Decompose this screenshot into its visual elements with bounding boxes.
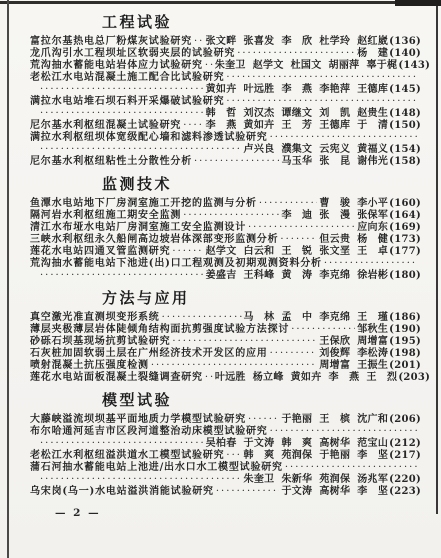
entry-authors: 曹 骏李小平(160) [319, 198, 421, 210]
scanned-toc-page: 工程试验富拉尔基热电总厂粉煤灰试验研究张文畔张喜发李 欣杜学玲赵红崴(136)龙… [0, 0, 441, 558]
author-name: 赵红崴 [357, 36, 388, 47]
dot-leader [280, 234, 317, 246]
dot-leader [40, 438, 204, 450]
entry-page-number: (145) [389, 84, 421, 95]
author-name: 赵学文 [253, 60, 284, 71]
page-footer: — 2 — [55, 507, 421, 519]
entry-page-number: (164) [389, 210, 421, 221]
dot-leader [40, 108, 204, 120]
toc-entry-line: 龙爪沟引水工程坝址区软弱夹层的试验研究杨 建(140) [30, 48, 421, 60]
author-name: 杨 建 [357, 48, 388, 59]
entry-title: 鱼潭水电站地下厂房洞室施工开挖的监测与分析 [30, 198, 257, 210]
entry-authors: 于艳丽王 槟沈广和(206) [281, 414, 421, 426]
entry-title: 喷射混凝土抗压强度检测 [30, 360, 149, 372]
dot-leader [40, 144, 242, 156]
entry-title: 大藤峡溢流坝坝基平面地质力学模型试验研究 [30, 414, 246, 426]
author-name: 李 坚 [357, 450, 388, 461]
entry-page-number: (173) [389, 234, 421, 245]
toc-entry-line: 三峡水利枢纽永久船闸高边坡岩体深部变形监测分析但云贵杨 健(173) [30, 234, 421, 246]
dot-leader [226, 96, 418, 108]
toc-entry-line: 朱奎卫朱新华苑润保汤兆军(220) [30, 474, 421, 486]
entry-authors: 杨 建(140) [357, 48, 421, 60]
entry-authors: 朱奎卫赵学文杜国文胡丽萍辜于梶(143) [215, 60, 430, 72]
toc-entry-line: 莲花水电站面板混凝土裂缝调查研究叶远胜杨立峰黄如卉李 燕王 烈(203) [30, 372, 421, 384]
entry-authors: 王保欣周增富(195) [319, 336, 421, 348]
author-name: 于文涛 [281, 486, 312, 497]
author-name: 杜学玲 [319, 36, 350, 47]
dot-leader [205, 372, 213, 384]
toc-entry-line: 乌宋岗(乌一)水电站溢洪消能试验研究于文涛高树华李 坚(223) [30, 486, 421, 498]
author-name: 王 槟 [319, 414, 350, 425]
author-name: 张保军 [357, 210, 388, 221]
author-name: 黄如卉 [206, 84, 237, 95]
entry-title: 尼尔基水利枢纽混凝土试验研究 [30, 120, 181, 132]
toc-entry-line: 莲花水电站四通叉管监测研究赵学文白云和王 锐张文垩王 卓(177) [30, 246, 421, 258]
author-name: 范宝山 [357, 438, 388, 449]
author-name: 于艳丽 [319, 450, 350, 461]
toc-entry-line: 老松江水利枢纽溢洪道水工模型试验研究韩 爽苑润保于艳丽李 坚(217) [30, 450, 421, 462]
toc-entry-line: 喷射混凝土抗压强度检测周增富王振生(201) [30, 360, 421, 372]
dot-leader [194, 36, 204, 48]
entry-authors: 于文涛高树华李 坚(223) [281, 486, 421, 498]
dot-leader [226, 72, 418, 84]
dot-leader [162, 312, 242, 324]
entry-title: 三峡水利枢纽永久船闸高边坡岩体深部变形监测分析 [30, 234, 278, 246]
right-border-rule [436, 0, 438, 514]
entry-authors [420, 258, 421, 270]
toc-entry-line: 韩 哲刘汉杰谭继文刘 凯赵贵生(148) [30, 108, 421, 120]
dot-leader [183, 120, 203, 132]
entry-title: 富拉尔基热电总厂粉煤灰试验研究 [30, 36, 192, 48]
entry-title: 真空激光准直测坝变形系统 [30, 312, 160, 324]
entry-title: 薄层夹极薄层岩体陡倾角结构面抗剪强度试验方法探讨 [30, 324, 289, 336]
entry-title: 蒲石河抽水蓄能电站上池进/出水口水工模型试验研究 [30, 462, 283, 474]
author-name: 李 欣 [281, 36, 312, 47]
entry-authors: 刘俊辉李松涛(198) [319, 348, 421, 360]
author-name: 王保欣 [319, 336, 350, 347]
entry-page-number: (186) [389, 312, 421, 323]
entry-authors: 周增富王振生(201) [319, 360, 421, 372]
toc-entry-line: 吴柏春于文涛韩 爽高树华范宝山(212) [30, 438, 421, 450]
section-heading: 方法与应用 [102, 290, 421, 307]
author-name: 王振生 [357, 360, 388, 371]
author-name: 王德库 [319, 120, 350, 131]
entry-authors: 张文畔张喜发李 欣杜学玲赵红崴(136) [206, 36, 421, 48]
author-name: 于文涛 [244, 438, 275, 449]
author-name: 周增富 [357, 336, 388, 347]
entry-title: 尼尔基水利枢纽粘性土分散性分析 [30, 156, 192, 168]
toc-entry-line: 尼尔基水利枢纽粘性土分散性分析马玉华张 昆谢伟光(158) [30, 156, 421, 168]
entry-authors: 叶远胜杨立峰黄如卉李 燕王 烈(203) [215, 372, 430, 384]
author-name: 姜盛吉 [206, 270, 237, 281]
author-name: 汤兆军 [357, 474, 388, 485]
author-name: 沈广和 [357, 414, 388, 425]
dot-leader [151, 360, 318, 372]
author-name: 李松涛 [357, 348, 388, 359]
dot-leader [183, 210, 279, 222]
toc-entry-line: 富拉尔基热电总厂粉煤灰试验研究张文畔张喜发李 欣杜学玲赵红崴(136) [30, 36, 421, 48]
entry-authors: 李 迪张 漫张保军(164) [281, 210, 421, 222]
dot-leader [40, 84, 204, 96]
entry-title: 老松江水利枢纽溢洪道水工模型试验研究 [30, 450, 224, 462]
toc-entry-line: 薄层夹极薄层岩体陡倾角结构面抗剪强度试验方法探讨邹秋生(190) [30, 324, 421, 336]
author-name: 辜于梶 [366, 60, 397, 71]
author-name: 应向东 [357, 222, 388, 233]
author-name: 马玉华 [281, 156, 312, 167]
entry-authors: 朱奎卫朱新华苑润保汤兆军(220) [244, 474, 421, 486]
dot-leader [291, 324, 355, 336]
author-name: 于 清 [357, 120, 388, 131]
author-name: 白云和 [244, 246, 275, 257]
entry-page-number: (217) [389, 450, 421, 461]
dot-leader [324, 258, 418, 270]
toc-entry-line: 荒沟抽水蓄能电站岩体应力试验研究朱奎卫赵学文杜国文胡丽萍辜于梶(143) [30, 60, 421, 72]
dot-leader [259, 198, 318, 210]
author-name: 黄福义 [357, 144, 388, 155]
entry-page-number: (160) [389, 198, 421, 209]
author-name: 张文畔 [206, 36, 237, 47]
author-name: 刘 凯 [319, 108, 350, 119]
dot-leader [237, 48, 355, 60]
entry-authors: 李 燕黄如卉王 芳王德库于 清(150) [206, 120, 421, 132]
entry-page-number: (195) [389, 336, 421, 347]
author-name: 张 漫 [319, 210, 350, 221]
dot-leader [172, 246, 203, 258]
entry-authors: 姜盛吉王科峰黄 涛李克绵徐岩彬(180) [206, 270, 421, 282]
toc-entry-line: 姜盛吉王科峰黄 涛李克绵徐岩彬(180) [30, 270, 421, 282]
author-name: 李 燕 [281, 84, 312, 95]
author-name: 黄如卉 [244, 120, 275, 131]
author-name: 赵学文 [206, 246, 237, 257]
toc-entry-line: 卢兴良濮集文云宪义黄福义(154) [30, 144, 421, 156]
entry-authors: 吴柏春于文涛韩 爽高树华范宝山(212) [206, 438, 421, 450]
author-name: 王 烈 [366, 372, 397, 383]
author-name: 韩 爽 [244, 450, 275, 461]
dot-leader [216, 486, 280, 498]
entry-authors: 马 林孟 中李克绵王 瑾(186) [244, 312, 421, 324]
author-name: 刘俊辉 [319, 348, 350, 359]
toc-entry-line: 布尔哈通河延吉市区段河道整治动床模型试验研究 [30, 426, 421, 438]
author-name: 李 迪 [281, 210, 312, 221]
author-name: 张 昆 [319, 156, 350, 167]
author-name: 李 燕 [206, 120, 237, 131]
author-name: 叶远胜 [215, 372, 246, 383]
entry-page-number: (136) [389, 36, 421, 47]
author-name: 王 芳 [281, 120, 312, 131]
section-heading: 工程试验 [102, 14, 421, 31]
author-name: 朱新华 [281, 474, 312, 485]
toc-entry-line: 清江水布垭水电站厂房洞室施工安全监测设计应向东(169) [30, 222, 421, 234]
toc-entry-line: 砂砾石坝基现场抗剪试验研究王保欣周增富(195) [30, 336, 421, 348]
author-name: 李克绵 [319, 312, 350, 323]
entry-authors: 邹秋生(190) [357, 324, 421, 336]
author-name: 周增富 [319, 360, 350, 371]
entry-title: 龙爪沟引水工程坝址区软弱夹层的试验研究 [30, 48, 235, 60]
entry-title: 石灰桩加固软弱土层在广州经济技术开发区的应用 [30, 348, 268, 360]
author-name: 黄如卉 [291, 372, 322, 383]
entry-page-number: (150) [389, 120, 421, 131]
dot-leader [248, 414, 279, 426]
entry-authors [420, 462, 421, 474]
author-name: 谢伟光 [357, 156, 388, 167]
entry-title: 荒沟抽水蓄能电站岩体应力试验研究 [30, 60, 203, 72]
toc-entry-line: 黄如卉叶远胜李 燕李艳萍王德库(145) [30, 84, 421, 96]
entry-page-number: (154) [389, 144, 421, 155]
author-name: 李小平 [357, 198, 388, 209]
entry-page-number: (190) [389, 324, 421, 335]
author-name: 谭继文 [281, 108, 312, 119]
entry-title: 砂砾石坝基现场抗剪试验研究 [30, 336, 170, 348]
author-name: 黄 涛 [281, 270, 312, 281]
author-name: 高树华 [319, 486, 350, 497]
entry-page-number: (177) [389, 246, 421, 257]
author-name: 韩 爽 [281, 438, 312, 449]
entry-page-number: (169) [389, 222, 421, 233]
entry-authors: 韩 爽苑润保于艳丽李 坚(217) [244, 450, 421, 462]
entry-authors [420, 132, 421, 144]
author-name: 叶远胜 [244, 84, 275, 95]
dot-leader [270, 426, 418, 438]
entry-page-number: (220) [389, 474, 421, 485]
entry-authors: 韩 哲刘汉杰谭继文刘 凯赵贵生(148) [206, 108, 421, 120]
author-name: 王 锐 [281, 246, 312, 257]
toc-entry-line: 满拉水利枢纽坝体宽级配心墙和滤料渗透试验研究 [30, 132, 421, 144]
entry-page-number: (203) [398, 372, 430, 383]
author-name: 云宪义 [319, 144, 350, 155]
author-name: 张文垩 [319, 246, 350, 257]
toc-entry-line: 隔河岩水利枢纽施工期安全监测李 迪张 漫张保军(164) [30, 210, 421, 222]
author-name: 杨 健 [357, 234, 388, 245]
dot-leader [194, 156, 279, 168]
author-name: 刘汉杰 [244, 108, 275, 119]
author-name: 徐岩彬 [357, 270, 388, 281]
author-name: 王德库 [357, 84, 388, 95]
entry-page-number: (148) [389, 108, 421, 119]
entry-authors [420, 426, 421, 438]
author-name: 濮集文 [281, 144, 312, 155]
toc-entry-line: 真空激光准直测坝变形系统马 林孟 中李克绵王 瑾(186) [30, 312, 421, 324]
author-name: 曹 骏 [319, 198, 350, 209]
author-name: 李克绵 [319, 270, 350, 281]
dot-leader [285, 462, 418, 474]
author-name: 王 瑾 [357, 312, 388, 323]
dot-leader [248, 222, 355, 234]
dot-leader [270, 348, 318, 360]
author-name: 吴柏春 [206, 438, 237, 449]
entry-page-number: (180) [389, 270, 421, 281]
entry-title: 满拉水电站堆石坝石料开采爆破试验研究 [30, 96, 224, 108]
entry-title: 满拉水利枢纽坝体宽级配心墙和滤料渗透试验研究 [30, 132, 268, 144]
author-name: 杨立峰 [253, 372, 284, 383]
toc-content: 工程试验富拉尔基热电总厂粉煤灰试验研究张文畔张喜发李 欣杜学玲赵红崴(136)龙… [30, 6, 421, 519]
toc-entry-line: 蒲石河抽水蓄能电站上池进/出水口水工模型试验研究 [30, 462, 421, 474]
toc-entry-line: 荒沟抽水蓄能电站下池进(出)口工程观测及初期观测资料分析 [30, 258, 421, 270]
toc-entry-line: 老松江水电站混凝土施工配合比试验研究 [30, 72, 421, 84]
toc-entry-line: 石灰桩加固软弱土层在广州经济技术开发区的应用刘俊辉李松涛(198) [30, 348, 421, 360]
author-name: 孟 中 [281, 312, 312, 323]
toc-entry-line: 大藤峡溢流坝坝基平面地质力学模型试验研究于艳丽王 槟沈广和(206) [30, 414, 421, 426]
entry-page-number: (223) [389, 486, 421, 497]
dot-leader [226, 450, 241, 462]
author-name: 苑润保 [319, 474, 350, 485]
toc-entry-line: 鱼潭水电站地下厂房洞室施工开挖的监测与分析曹 骏李小平(160) [30, 198, 421, 210]
section-heading: 监测技术 [102, 176, 421, 193]
author-name: 朱奎卫 [215, 60, 246, 71]
entry-authors: 黄如卉叶远胜李 燕李艳萍王德库(145) [206, 84, 421, 96]
entry-authors: 但云贵杨 健(173) [319, 234, 421, 246]
entry-page-number: (212) [389, 438, 421, 449]
entry-title: 莲花水电站面板混凝土裂缝调查研究 [30, 372, 203, 384]
author-name: 邹秋生 [357, 324, 388, 335]
entry-authors: 应向东(169) [357, 222, 421, 234]
author-name: 赵贵生 [357, 108, 388, 119]
entry-authors [420, 96, 421, 108]
dot-leader [172, 336, 317, 348]
page-number: — 2 — [55, 507, 101, 519]
entry-page-number: (158) [389, 156, 421, 167]
toc-entry-line: 满拉水电站堆石坝石料开采爆破试验研究 [30, 96, 421, 108]
author-name: 马 林 [244, 312, 275, 323]
author-name: 李艳萍 [319, 84, 350, 95]
left-border-rule [7, 0, 9, 558]
dot-leader [40, 270, 204, 282]
author-name: 胡丽萍 [329, 60, 360, 71]
author-name: 王科峰 [244, 270, 275, 281]
section-heading: 模型试验 [102, 392, 421, 409]
entry-title: 隔河岩水利枢纽施工期安全监测 [30, 210, 181, 222]
entry-page-number: (198) [389, 348, 421, 359]
entry-title: 莲花水电站四通叉管监测研究 [30, 246, 170, 258]
entry-authors: 赵学文白云和王 锐张文垩王 卓(177) [206, 246, 421, 258]
author-name: 于艳丽 [281, 414, 312, 425]
entry-title: 布尔哈通河延吉市区段河道整治动床模型试验研究 [30, 426, 268, 438]
dot-leader [40, 474, 242, 486]
author-name: 高树华 [319, 438, 350, 449]
entry-page-number: (206) [389, 414, 421, 425]
entry-title: 乌宋岗(乌一)水电站溢洪消能试验研究 [30, 486, 214, 498]
entry-authors [420, 72, 421, 84]
entry-authors: 卢兴良濮集文云宪义黄福义(154) [244, 144, 421, 156]
top-border-rule [0, 1, 441, 4]
author-name: 卢兴良 [244, 144, 275, 155]
author-name: 李 坚 [357, 486, 388, 497]
entry-authors: 马玉华张 昆谢伟光(158) [281, 156, 421, 168]
author-name: 苑润保 [281, 450, 312, 461]
entry-title: 荒沟抽水蓄能电站下池进(出)口工程观测及初期观测资料分析 [30, 258, 322, 270]
author-name: 王 卓 [357, 246, 388, 257]
toc-entry-line: 尼尔基水利枢纽混凝土试验研究李 燕黄如卉王 芳王德库于 清(150) [30, 120, 421, 132]
author-name: 杜国文 [291, 60, 322, 71]
author-name: 李 燕 [329, 372, 360, 383]
entry-title: 老松江水电站混凝土施工配合比试验研究 [30, 72, 224, 84]
dot-leader [270, 132, 418, 144]
author-name: 但云贵 [319, 234, 350, 245]
author-name: 张喜发 [244, 36, 275, 47]
entry-page-number: (201) [389, 360, 421, 371]
entry-page-number: (143) [398, 60, 430, 71]
author-name: 朱奎卫 [244, 474, 275, 485]
entry-page-number: (140) [389, 48, 421, 59]
dot-leader [205, 60, 213, 72]
author-name: 韩 哲 [206, 108, 237, 119]
entry-title: 清江水布垭水电站厂房洞室施工安全监测设计 [30, 222, 246, 234]
